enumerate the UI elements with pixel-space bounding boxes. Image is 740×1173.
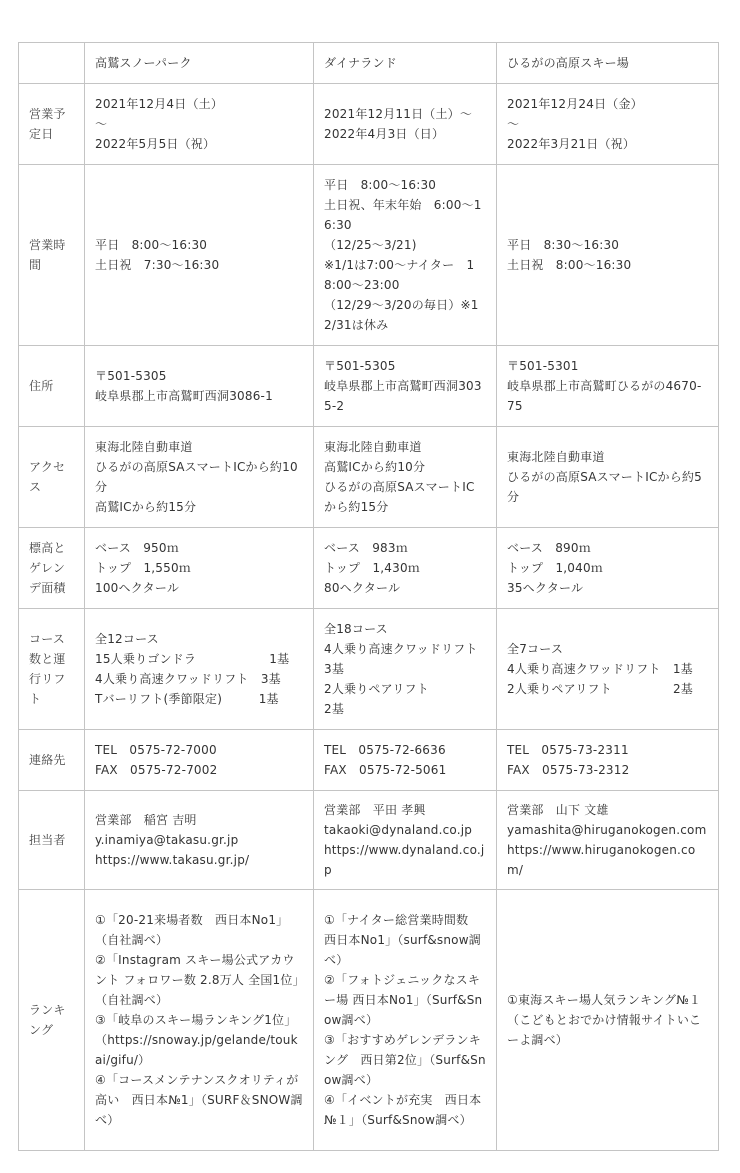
row-label: コース数と運行リフト [19, 609, 85, 730]
cell-line: 平日 8:00～16:30 [95, 235, 303, 255]
table-cell: 全12コース 15人乗りゴンドラ 1基 4人乗り高速クワッドリフト 3基 Tバー… [85, 609, 314, 730]
table-cell: ベース 950ｍ トップ 1,550ｍ 100ヘクタール [85, 528, 314, 609]
ranking-item: ①「20-21来場者数 西日本No1」（自社調べ） [95, 910, 303, 950]
ranking-item: ①東海スキー場人気ランキング№１（こどもとおでかけ情報サイトいこーよ調べ） [507, 990, 708, 1050]
cell-line: 100ヘクタール [95, 578, 303, 598]
ranking-item: ③「おすすめゲレンデランキング 西日第2位」（Surf&Snow調べ） [324, 1030, 486, 1090]
ranking-item: ①「ナイター総営業時間数 西日本No1」（surf&snow調べ） [324, 910, 486, 970]
table-cell: TEL 0575-73-2311 FAX 0575-73-2312 [497, 730, 719, 791]
cell-line: TEL 0575-73-2311 [507, 740, 708, 760]
table-cell: 2021年12月24日（金） ～ 2022年3月21日（祝） [497, 84, 719, 165]
cell-line: 2022年4月3日（日） [324, 124, 486, 144]
cell-line: 2022年3月21日（祝） [507, 134, 708, 154]
table-cell: TEL 0575-72-6636 FAX 0575-72-5061 [314, 730, 497, 791]
cell-line: 高鷲ICから約10分 [324, 457, 486, 477]
table-row-operating-dates: 営業予定日 2021年12月4日（土） ～ 2022年5月5日（祝） 2021年… [19, 84, 719, 165]
cell-line: 〒501-5305 [324, 356, 486, 376]
row-label: 標高とゲレンデ面積 [19, 528, 85, 609]
row-label: 営業時間 [19, 165, 85, 346]
cell-line: 東海北陸自動車道 [95, 437, 303, 457]
cell-line: 東海北陸自動車道 [324, 437, 486, 457]
table-row-ranking: ランキング ①「20-21来場者数 西日本No1」（自社調べ） ②「Instag… [19, 890, 719, 1151]
table-cell: 営業部 山下 文雄 yamashita@hiruganokogen.com ht… [497, 791, 719, 890]
table-cell: 営業部 平田 孝興 takaoki@dynaland.co.jp https:/… [314, 791, 497, 890]
resort-name-takasu: 高鷲スノーパーク [85, 43, 314, 84]
cell-line: 〒501-5301 [507, 356, 708, 376]
header-row: 高鷲スノーパーク ダイナランド ひるがの高原スキー場 [19, 43, 719, 84]
cell-line: ベース 983ｍ [324, 538, 486, 558]
table-row-elevation-area: 標高とゲレンデ面積 ベース 950ｍ トップ 1,550ｍ 100ヘクタール ベ… [19, 528, 719, 609]
cell-line: 35ヘクタール [507, 578, 708, 598]
row-label: 住所 [19, 346, 85, 427]
table-cell: 2021年12月4日（土） ～ 2022年5月5日（祝） [85, 84, 314, 165]
cell-line: ベース 890ｍ [507, 538, 708, 558]
contact-name: 営業部 山下 文雄 [507, 800, 708, 820]
ranking-item: ④「コースメンテナンスクオリティが高い 西日本№1」（SURF＆SNOW調べ） [95, 1070, 303, 1130]
ranking-item: ③「岐阜のスキー場ランキング1位」（https://snoway.jp/gela… [95, 1010, 303, 1070]
cell-line: 全7コース [507, 639, 708, 659]
contact-name: 営業部 稲宮 吉明 [95, 810, 303, 830]
cell-line: 土日祝 8:00～16:30 [507, 255, 708, 275]
table-cell: 〒501-5305 岐阜県郡上市高鷲町西洞3086-1 [85, 346, 314, 427]
cell-line: 4人乗り高速クワッドリフト 3基 [324, 639, 486, 679]
contact-email: y.inamiya@takasu.gr.jp [95, 830, 303, 850]
cell-line: FAX 0575-72-5061 [324, 760, 486, 780]
cell-line: 2022年5月5日（祝） [95, 134, 303, 154]
table-cell: 平日 8:00～16:30 土日祝 7:30～16:30 [85, 165, 314, 346]
cell-line: 東海北陸自動車道 [507, 447, 708, 467]
resort-name-dynaland: ダイナランド [314, 43, 497, 84]
ski-resort-comparison-table: 高鷲スノーパーク ダイナランド ひるがの高原スキー場 営業予定日 2021年12… [18, 42, 719, 1151]
website-url: https://www.dynaland.co.jp [324, 840, 486, 880]
cell-line: 15人乗りゴンドラ 1基 [95, 649, 303, 669]
row-label: ランキング [19, 890, 85, 1151]
cell-line: トップ 1,040ｍ [507, 558, 708, 578]
cell-line: 岐阜県郡上市高鷲町西洞3086-1 [95, 386, 303, 406]
table-cell: TEL 0575-72-7000 FAX 0575-72-7002 [85, 730, 314, 791]
cell-line: 土日祝 7:30～16:30 [95, 255, 303, 275]
ranking-item: ④「イベントが充実 西日本№１」（Surf&Snow調べ） [324, 1090, 486, 1130]
cell-line: 2021年12月11日（土）～ [324, 104, 486, 124]
table-row-contact: 連絡先 TEL 0575-72-7000 FAX 0575-72-7002 TE… [19, 730, 719, 791]
table-cell: 〒501-5305 岐阜県郡上市高鷲町西洞3035-2 [314, 346, 497, 427]
cell-line: 80ヘクタール [324, 578, 486, 598]
cell-line: ～ [95, 114, 303, 134]
contact-email: yamashita@hiruganokogen.com [507, 820, 708, 840]
table-cell: ベース 983ｍ トップ 1,430ｍ 80ヘクタール [314, 528, 497, 609]
cell-line: 高鷲ICから約15分 [95, 497, 303, 517]
resort-name-hirugano: ひるがの高原スキー場 [497, 43, 719, 84]
table-row-operating-hours: 営業時間 平日 8:00～16:30 土日祝 7:30～16:30 平日 8:0… [19, 165, 719, 346]
table-cell: 〒501-5301 岐阜県郡上市高鷲町ひるがの4670-75 [497, 346, 719, 427]
cell-line: 全18コース [324, 619, 486, 639]
cell-line: 〒501-5305 [95, 366, 303, 386]
cell-line: ひるがの高原SAスマートICから約10分 [95, 457, 303, 497]
row-label: 営業予定日 [19, 84, 85, 165]
cell-line: ～ [507, 114, 708, 134]
table-cell: ①東海スキー場人気ランキング№１（こどもとおでかけ情報サイトいこーよ調べ） [497, 890, 719, 1151]
cell-line: 平日 8:30～16:30 [507, 235, 708, 255]
table-cell: 営業部 稲宮 吉明 y.inamiya@takasu.gr.jp https:/… [85, 791, 314, 890]
table-row-person-in-charge: 担当者 営業部 稲宮 吉明 y.inamiya@takasu.gr.jp htt… [19, 791, 719, 890]
table-row-access: アクセス 東海北陸自動車道 ひるがの高原SAスマートICから約10分 高鷲ICか… [19, 427, 719, 528]
table-row-address: 住所 〒501-5305 岐阜県郡上市高鷲町西洞3086-1 〒501-5305… [19, 346, 719, 427]
website-url: https://www.takasu.gr.jp/ [95, 850, 303, 870]
table-cell: 全7コース 4人乗り高速クワッドリフト 1基 2人乗りペアリフト 2基 [497, 609, 719, 730]
table-cell: 東海北陸自動車道 ひるがの高原SAスマートICから約5分 [497, 427, 719, 528]
table-cell: ①「ナイター総営業時間数 西日本No1」（surf&snow調べ） ②「フォトジ… [314, 890, 497, 1151]
cell-line: ベース 950ｍ [95, 538, 303, 558]
cell-line: 2021年12月24日（金） [507, 94, 708, 114]
row-label: 連絡先 [19, 730, 85, 791]
cell-line: 4人乗り高速クワッドリフト 3基 [95, 669, 303, 689]
cell-line: 2人乗りペアリフト 2基 [507, 679, 708, 699]
cell-line: 全12コース [95, 629, 303, 649]
table-cell: 平日 8:30～16:30 土日祝 8:00～16:30 [497, 165, 719, 346]
table-row-courses-lifts: コース数と運行リフト 全12コース 15人乗りゴンドラ 1基 4人乗り高速クワッ… [19, 609, 719, 730]
ranking-item: ②「Instagram スキー場公式アカウント フォロワー数 2.8万人 全国1… [95, 950, 303, 1010]
cell-line: トップ 1,550ｍ [95, 558, 303, 578]
cell-line: 岐阜県郡上市高鷲町西洞3035-2 [324, 376, 486, 416]
table-cell: 全18コース 4人乗り高速クワッドリフト 3基 2人乗りペアリフト 2基 [314, 609, 497, 730]
cell-line: TEL 0575-72-7000 [95, 740, 303, 760]
cell-line: ひるがの高原SAスマートICから約5分 [507, 467, 708, 507]
cell-line: 土日祝、年末年始 6:00～16:30 [324, 195, 486, 235]
contact-email: takaoki@dynaland.co.jp [324, 820, 486, 840]
cell-line: （12/25～3/21) [324, 235, 486, 255]
row-label: アクセス [19, 427, 85, 528]
cell-line: 岐阜県郡上市高鷲町ひるがの4670-75 [507, 376, 708, 416]
table-cell: ベース 890ｍ トップ 1,040ｍ 35ヘクタール [497, 528, 719, 609]
contact-name: 営業部 平田 孝興 [324, 800, 486, 820]
cell-line: ※1/1は7:00～ナイター 18:00～23:00 [324, 255, 486, 295]
cell-line: 2人乗りペアリフト 2基 [324, 679, 486, 719]
cell-line: FAX 0575-72-7002 [95, 760, 303, 780]
cell-line: 4人乗り高速クワッドリフト 1基 [507, 659, 708, 679]
table-cell: 東海北陸自動車道 ひるがの高原SAスマートICから約10分 高鷲ICから約15分 [85, 427, 314, 528]
cell-line: トップ 1,430ｍ [324, 558, 486, 578]
table-cell: 2021年12月11日（土）～ 2022年4月3日（日） [314, 84, 497, 165]
cell-line: TEL 0575-72-6636 [324, 740, 486, 760]
cell-line: 平日 8:00～16:30 [324, 175, 486, 195]
corner-cell [19, 43, 85, 84]
cell-line: FAX 0575-73-2312 [507, 760, 708, 780]
cell-line: 2021年12月4日（土） [95, 94, 303, 114]
cell-line: Tバーリフト(季節限定) 1基 [95, 689, 303, 709]
website-url: https://www.hiruganokogen.com/ [507, 840, 708, 880]
table-cell: 東海北陸自動車道 高鷲ICから約10分 ひるがの高原SAスマートICから約15分 [314, 427, 497, 528]
row-label: 担当者 [19, 791, 85, 890]
cell-line: （12/29～3/20の毎日）※12/31は休み [324, 295, 486, 335]
table-cell: ①「20-21来場者数 西日本No1」（自社調べ） ②「Instagram スキ… [85, 890, 314, 1151]
ranking-item: ②「フォトジェニックなスキー場 西日本No1」（Surf&Snow調べ） [324, 970, 486, 1030]
cell-line: ひるがの高原SAスマートICから約15分 [324, 477, 486, 517]
table-cell: 平日 8:00～16:30 土日祝、年末年始 6:00～16:30 （12/25… [314, 165, 497, 346]
